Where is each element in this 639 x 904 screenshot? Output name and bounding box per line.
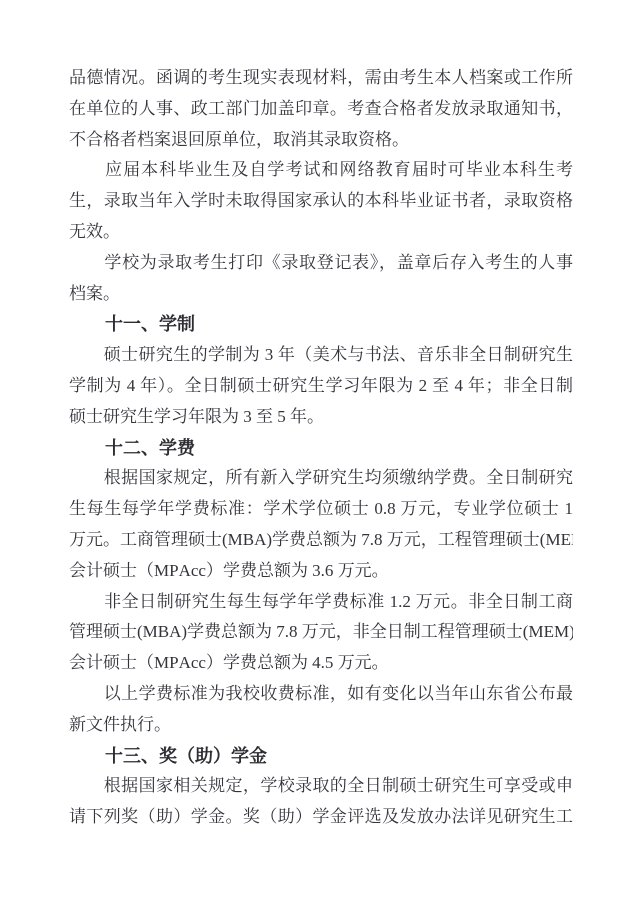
text-line: 根据国家相关规定，学校录取的全日制硕士研究生可享受或申 — [69, 771, 573, 802]
text-line: 会计硕士（MPAcc）学费总额为 4.5 万元。 — [69, 648, 573, 679]
text-line: 新文件执行。 — [69, 710, 573, 741]
text-line: 在单位的人事、政工部门加盖印章。考查合格者发放录取通知书， — [69, 94, 573, 125]
text-line: 无效。 — [69, 217, 573, 248]
document-page: 品德情况。函调的考生现实表现材料，需由考生本人档案或工作所在单位的人事、政工部门… — [0, 0, 639, 904]
text-line: 学制为 4 年）。全日制硕士研究生学习年限为 2 至 4 年；非全日制 — [69, 371, 573, 402]
text-line: 请下列奖（助）学金。奖（助）学金评选及发放办法详见研究生工 — [69, 802, 573, 833]
section-13-heading: 十三、奖（助）学金 — [69, 741, 573, 772]
text-line: 万元。工商管理硕士(MBA)学费总额为 7.8 万元，工程管理硕士(MEM)、 — [69, 525, 573, 556]
text-line: 不合格者档案退回原单位，取消其录取资格。 — [69, 125, 573, 156]
text-line: 品德情况。函调的考生现实表现材料，需由考生本人档案或工作所 — [69, 63, 573, 94]
text-line: 生每生每学年学费标准：学术学位硕士 0.8 万元，专业学位硕士 1 — [69, 494, 573, 525]
page-content: 品德情况。函调的考生现实表现材料，需由考生本人档案或工作所在单位的人事、政工部门… — [69, 63, 573, 833]
text-line: 硕士研究生学习年限为 3 至 5 年。 — [69, 402, 573, 433]
text-line: 学校为录取考生打印《录取登记表》，盖章后存入考生的人事 — [69, 248, 573, 279]
text-line: 根据国家规定，所有新入学研究生均须缴纳学费。全日制研究 — [69, 463, 573, 494]
text-line: 应届本科毕业生及自学考试和网络教育届时可毕业本科生考 — [69, 155, 573, 186]
section-11-heading: 十一、学制 — [69, 309, 573, 340]
text-line: 硕士研究生的学制为 3 年（美术与书法、音乐非全日制研究生 — [69, 340, 573, 371]
text-line: 非全日制研究生每生每学年学费标准 1.2 万元。非全日制工商 — [69, 587, 573, 618]
text-line: 以上学费标准为我校收费标准，如有变化以当年山东省公布最 — [69, 679, 573, 710]
text-line: 生，录取当年入学时未取得国家承认的本科毕业证书者，录取资格 — [69, 186, 573, 217]
section-12-heading: 十二、学费 — [69, 433, 573, 464]
text-line: 会计硕士（MPAcc）学费总额为 3.6 万元。 — [69, 556, 573, 587]
text-line: 管理硕士(MBA)学费总额为 7.8 万元，非全日制工程管理硕士(MEM)、 — [69, 617, 573, 648]
text-line: 档案。 — [69, 279, 573, 310]
